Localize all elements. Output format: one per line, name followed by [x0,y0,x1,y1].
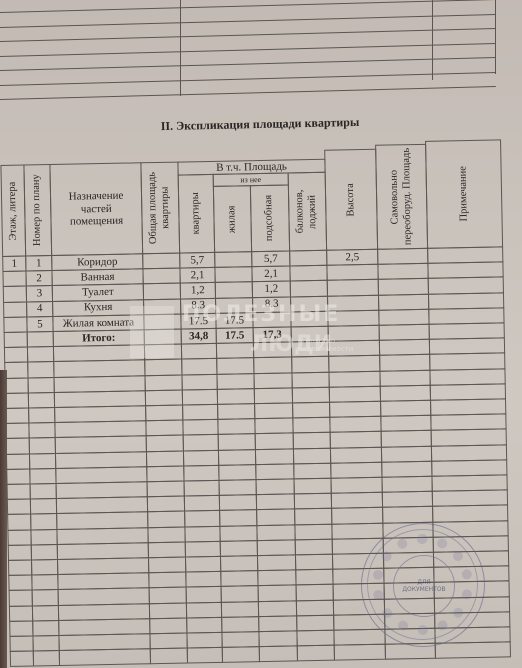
stamp-center: ДЛЯ ДОКУМЕНТОВ [393,555,455,617]
stamp-text-line2: ДОКУМЕНТОВ [402,586,445,593]
header-living-label: жилая [226,205,239,233]
cell-num [29,453,56,470]
cell-living [222,646,260,663]
cell-num [31,574,58,591]
cell-num [30,513,57,530]
header-auxiliary-label: подсобная [263,195,276,242]
header-plan-number: Номер по плану [23,164,52,257]
cell-value: Итого: [82,332,115,345]
cell-floor: 1 [2,256,26,273]
cell-floor [5,407,29,424]
cell-num: 3 [26,285,53,302]
header-balconies-label: балконов, лоджий [294,173,321,250]
header-total-area: Общая площадь квартиры [140,162,180,255]
cell-num [27,377,54,394]
cell-value: 17.5 [189,315,208,328]
cell-num [32,605,59,622]
header-unauthorized-label: Самовольно переоборуд. Площадь [388,145,415,248]
cell-value: 4 [37,303,43,316]
cell-num [33,650,60,667]
section-title: II. Экспликация площади квартиры [150,115,370,135]
header-purpose-label: Назначение частей помещения [51,189,142,229]
cell-floor [8,559,32,576]
cell-value: 17.5 [225,329,244,342]
header-living: жилая [213,185,252,253]
cell-value: 5,7 [190,254,204,267]
cell-num [31,559,58,576]
cell-floor [4,347,28,364]
cell-num [28,422,55,439]
header-auxiliary: подсобная [250,184,290,252]
cell-floor [7,529,31,546]
document-page: II. Экспликация площади квартиры Этаж, л… [0,0,522,668]
cell-num [28,392,55,409]
cell-num [30,529,57,546]
cell-apartment [187,647,223,664]
header-unauthorized: Самовольно переоборуд. Площадь [375,144,428,250]
cell-floor [7,514,31,531]
cell-value: 34,8 [189,330,208,343]
cell-value: 2 [36,272,42,285]
cell-balcony [297,645,335,662]
cell-num [30,498,57,515]
cell-total [150,648,188,665]
cell-value: Жилая комната [63,316,135,330]
cell-value: 5,7 [264,252,278,265]
cell-value: Кухня [84,301,113,314]
cell-value: 3 [37,287,43,300]
cell-floor [8,544,32,561]
cell-floor [5,377,29,394]
cell-floor [4,332,28,349]
cell-note [435,641,511,659]
cell-value: Ванная [81,271,115,284]
cell-value: 1 [11,257,17,270]
cell-num [29,437,56,454]
explication-table: Этаж, литера Номер по плану Назначение ч… [0,133,522,583]
cell-value: 1,2 [264,283,278,296]
cell-num [27,346,54,363]
cell-floor [3,316,27,333]
cell-num: 2 [25,270,52,287]
header-purpose: Назначение частей помещения [49,162,143,256]
cell-floor [3,286,27,303]
cell-value: 2,5 [345,251,359,264]
cell-num [32,589,59,606]
cell-num [31,544,58,561]
cell-value: 2,1 [191,269,205,282]
cell-floor [9,605,33,622]
cell-num [30,483,57,500]
cell-floor [9,590,33,607]
header-apartment: квартиры [178,174,216,254]
official-stamp: ДЛЯ ДОКУМЕНТОВ [361,523,485,647]
header-height: Высота [324,149,378,251]
previous-table-fragment [0,0,500,95]
cell-num [29,468,56,485]
cell-height [334,644,386,661]
cell-floor [9,635,33,652]
cell-value: 5 [37,318,43,331]
cell-num: 5 [26,316,53,333]
cell-floor [5,423,29,440]
cell-value: 8.3 [265,298,279,311]
cell-floor [2,271,26,288]
cell-name [59,648,151,666]
cell-value: Коридор [77,256,118,269]
cell-floor [10,651,34,668]
cell-floor [3,301,27,318]
stamp-text-line1: ДЛЯ [417,579,430,586]
cell-num [28,407,55,424]
cell-auxiliary [259,646,298,663]
cell-floor [6,468,30,485]
cell-floor [4,362,28,379]
cell-num [27,331,54,348]
header-plan-number-label: Номер по плану [31,174,45,246]
cell-floor [6,453,30,470]
header-of-which-label: из нее [240,175,261,185]
header-floor: Этаж, литера [0,165,26,257]
header-apartment-label: квартиры [190,193,203,235]
cell-value: 1 [36,257,42,270]
cell-value: 17.5 [225,314,244,327]
cell-value: 8.3 [191,299,205,312]
cell-num [32,635,59,652]
header-height-label: Высота [345,183,358,216]
header-floor-label: Этаж, литера [6,181,20,240]
cell-floor [8,575,32,592]
cell-num [27,361,54,378]
cell-floor [7,499,31,516]
header-note-label: Примечание [457,166,471,222]
cell-num [32,620,59,637]
cell-num: 4 [26,301,53,318]
cell-floor [7,483,31,500]
cell-value: 17,3 [262,328,281,341]
cell-value: Туалет [82,286,114,299]
header-balconies: балконов, лоджий [288,172,328,252]
cell-floor [9,620,33,637]
cell-floor [5,392,29,409]
header-note: Примечание [425,139,503,248]
cell-value: 2,1 [264,268,278,281]
cell-num: 1 [25,255,52,272]
cell-value: 1,2 [191,284,205,297]
header-total-area-label: Общая площадь квартиры [147,163,174,253]
cell-floor [6,438,30,455]
